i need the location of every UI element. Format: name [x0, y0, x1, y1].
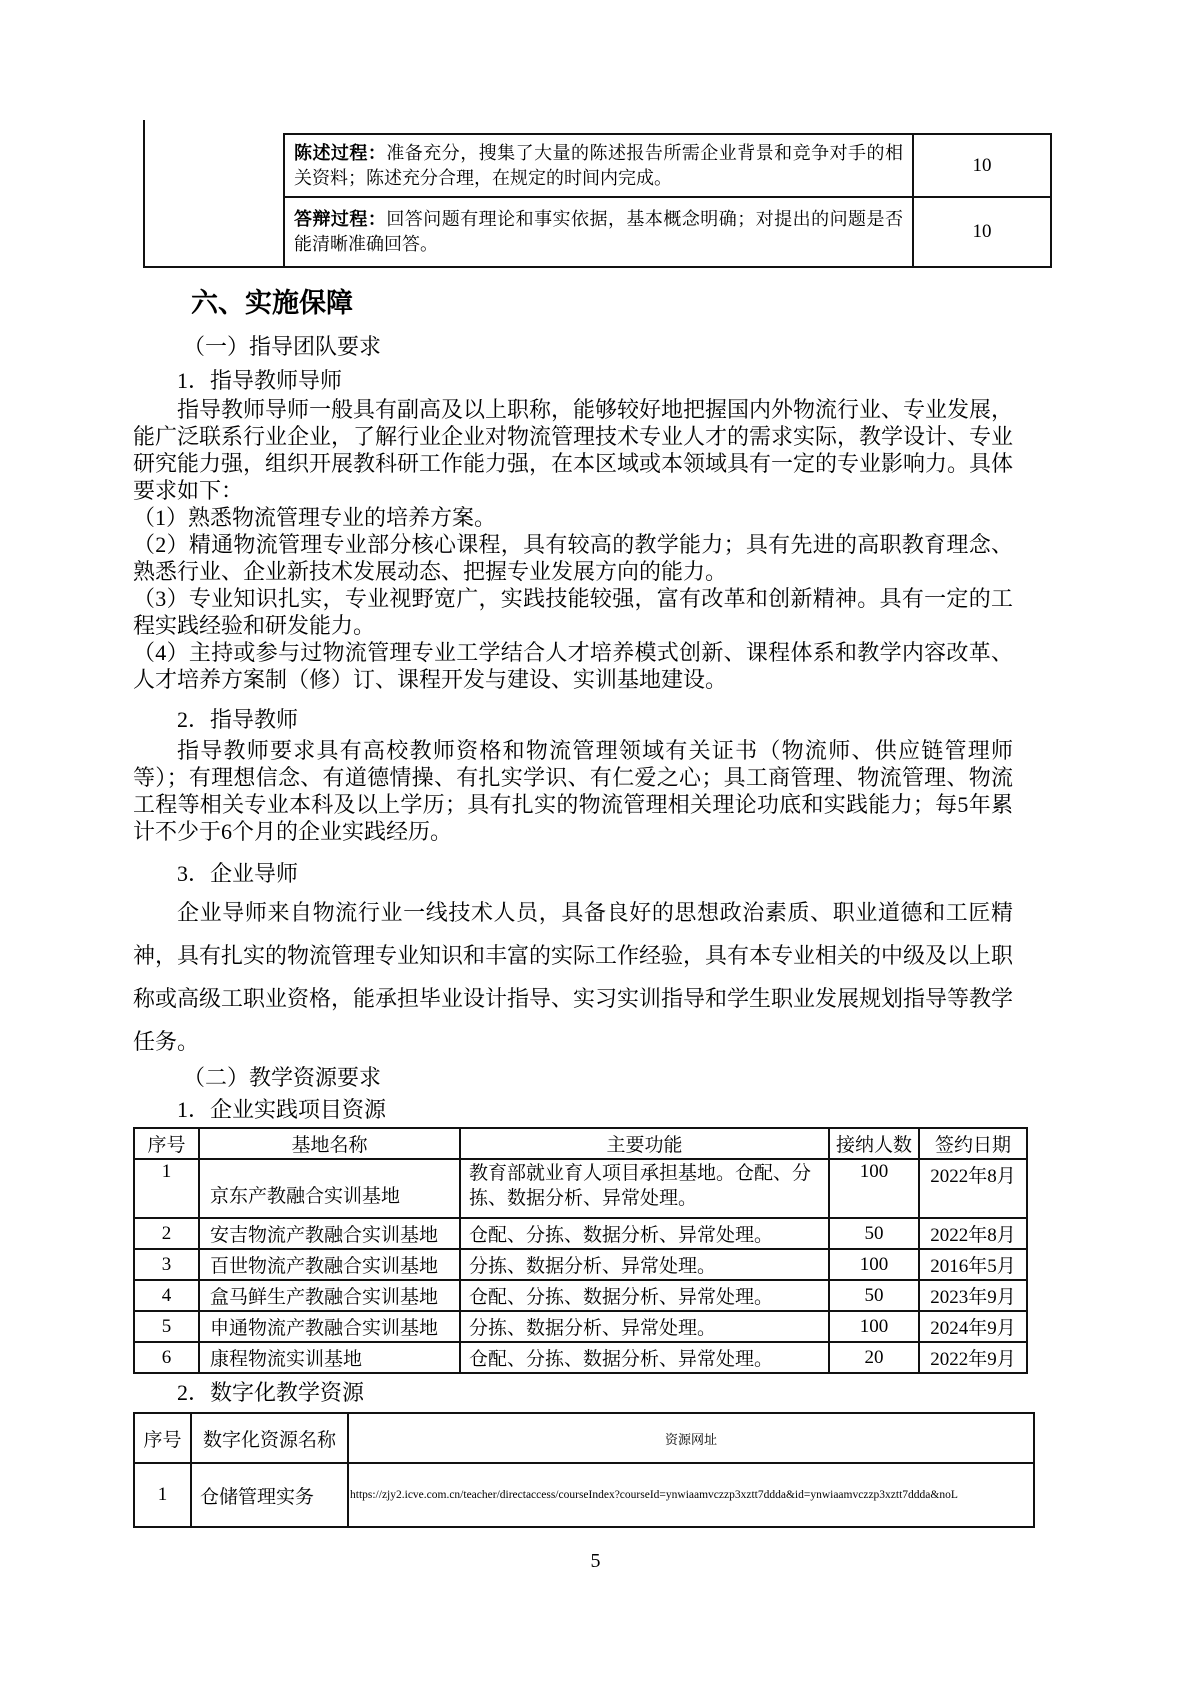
score-table: 陈述过程：准备充分，搜集了大量的陈述报告所需企业背景和竞争对手的相关资料；陈述充…: [143, 133, 1052, 268]
col-header-base-name: 基地名称: [199, 1128, 460, 1159]
numbered-heading-3: 3．企业导师: [177, 861, 1013, 887]
score-table-row: 陈述过程：准备充分，搜集了大量的陈述报告所需企业背景和竞争对手的相关资料；陈述充…: [144, 134, 1051, 197]
sign-date: 2023年9月: [919, 1280, 1027, 1311]
digital-table-header-row: 序号 数字化资源名称 资源网址: [134, 1413, 1034, 1463]
row-no: 4: [134, 1280, 199, 1311]
capacity: 100: [829, 1159, 919, 1218]
subsection-heading-1: （一）指导团队要求: [183, 334, 1013, 360]
table-row: 6 康程物流实训基地 仓配、分拣、数据分析、异常处理。 20 2022年9月: [134, 1342, 1027, 1373]
page-number: 5: [0, 1550, 1191, 1573]
sign-date: 2022年9月: [919, 1342, 1027, 1373]
col-header-resource-name: 数字化资源名称: [191, 1413, 348, 1463]
table-row: 1 仓储管理实务 https://zjy2.icve.com.cn/teache…: [134, 1463, 1034, 1527]
capacity: 100: [829, 1249, 919, 1280]
practice-resource-table: 序号 基地名称 主要功能 接纳人数 签约日期 1 京东产教融合实训基地 教育部就…: [133, 1127, 1028, 1374]
paragraph-teacher-requirements: 指导教师要求具有高校教师资格和物流管理领域有关证书（物流师、供应链管理师等）；有…: [133, 737, 1013, 845]
paragraph-enterprise-mentor: 企业导师来自物流行业一线技术人员，具备良好的思想政治素质、职业道德和工匠精神，具…: [133, 891, 1013, 1063]
base-function: 分拣、数据分析、异常处理。: [460, 1311, 829, 1342]
digital-resource-table: 序号 数字化资源名称 资源网址 1 仓储管理实务 https://zjy2.ic…: [133, 1412, 1035, 1528]
criterion-text: 准备充分，搜集了大量的陈述报告所需企业背景和竞争对手的相关资料；陈述充分合理，在…: [294, 143, 903, 188]
resource-name: 仓储管理实务: [191, 1463, 348, 1527]
col-header-no: 序号: [134, 1413, 191, 1463]
col-header-function: 主要功能: [460, 1128, 829, 1159]
base-name: 申通物流产教融合实训基地: [199, 1311, 460, 1342]
capacity: 20: [829, 1342, 919, 1373]
base-name: 百世物流产教融合实训基地: [199, 1249, 460, 1280]
base-function: 仓配、分拣、数据分析、异常处理。: [460, 1342, 829, 1373]
table-row: 1 京东产教融合实训基地 教育部就业育人项目承担基地。仓配、分拣、数据分析、异常…: [134, 1159, 1027, 1218]
row-no: 3: [134, 1249, 199, 1280]
row-no: 2: [134, 1218, 199, 1249]
capacity: 100: [829, 1311, 919, 1342]
base-function: 分拣、数据分析、异常处理。: [460, 1249, 829, 1280]
base-name: 安吉物流产教融合实训基地: [199, 1218, 460, 1249]
base-function: 教育部就业育人项目承担基地。仓配、分拣、数据分析、异常处理。: [460, 1159, 829, 1218]
numbered-heading-1: 1．指导教师导师: [177, 368, 1013, 394]
row-no: 5: [134, 1311, 199, 1342]
requirement-item-2: （2）精通物流管理专业部分核心课程，具有较高的教学能力；具有先进的高职教育理念、…: [133, 531, 1013, 585]
base-name: 康程物流实训基地: [199, 1342, 460, 1373]
sign-date: 2016年5月: [919, 1249, 1027, 1280]
score-value: 10: [913, 134, 1051, 197]
numbered-heading-2: 2．指导教师: [177, 707, 1013, 733]
criterion-cell: 答辩过程：回答问题有理论和事实依据，基本概念明确；对提出的问题是否能清晰准确回答…: [284, 197, 913, 267]
col-header-capacity: 接纳人数: [829, 1128, 919, 1159]
requirement-item-4: （4）主持或参与过物流管理专业工学结合人才培养模式创新、课程体系和教学内容改革、…: [133, 639, 1013, 693]
requirement-item-3: （3）专业知识扎实，专业视野宽广，实践技能较强，富有改革和创新精神。具有一定的工…: [133, 585, 1013, 639]
paragraph-mentor-requirements: 指导教师导师一般具有副高及以上职称，能够较好地把握国内外物流行业、专业发展，能广…: [133, 396, 1013, 504]
base-function: 仓配、分拣、数据分析、异常处理。: [460, 1218, 829, 1249]
base-function: 仓配、分拣、数据分析、异常处理。: [460, 1280, 829, 1311]
criterion-label: 答辩过程：: [294, 209, 386, 229]
requirement-item-1: （1）熟悉物流管理专业的培养方案。: [133, 504, 1013, 531]
capacity: 50: [829, 1280, 919, 1311]
score-value: 10: [913, 197, 1051, 267]
table-row: 3 百世物流产教融合实训基地 分拣、数据分析、异常处理。 100 2016年5月: [134, 1249, 1027, 1280]
col-header-sign-date: 签约日期: [919, 1128, 1027, 1159]
capacity: 50: [829, 1218, 919, 1249]
subsection-heading-2: （二）教学资源要求: [183, 1065, 1013, 1091]
resource-url-link[interactable]: https://zjy2.icve.com.cn/teacher/directa…: [348, 1463, 1034, 1527]
base-name: 盒马鲜生产教融合实训基地: [199, 1280, 460, 1311]
col-header-no: 序号: [134, 1128, 199, 1159]
sign-date: 2024年9月: [919, 1311, 1027, 1342]
table-row: 2 安吉物流产教融合实训基地 仓配、分拣、数据分析、异常处理。 50 2022年…: [134, 1218, 1027, 1249]
row-no: 6: [134, 1342, 199, 1373]
sign-date: 2022年8月: [919, 1159, 1027, 1218]
row-no: 1: [134, 1463, 191, 1527]
section-heading: 六、实施保障: [191, 288, 1013, 318]
score-table-left-cell: [144, 134, 284, 267]
document-page: 陈述过程：准备充分，搜集了大量的陈述报告所需企业背景和竞争对手的相关资料；陈述充…: [0, 0, 1191, 1684]
document-body: 六、实施保障 （一）指导团队要求 1．指导教师导师 指导教师导师一般具有副高及以…: [133, 288, 1013, 1528]
row-no: 1: [134, 1159, 199, 1218]
table-row: 5 申通物流产教融合实训基地 分拣、数据分析、异常处理。 100 2024年9月: [134, 1311, 1027, 1342]
criterion-cell: 陈述过程：准备充分，搜集了大量的陈述报告所需企业背景和竞争对手的相关资料；陈述充…: [284, 134, 913, 197]
criterion-text: 回答问题有理论和事实依据，基本概念明确；对提出的问题是否能清晰准确回答。: [294, 209, 903, 254]
numbered-heading-4: 1．企业实践项目资源: [177, 1097, 1013, 1123]
criterion-label: 陈述过程：: [294, 143, 386, 163]
table-row: 4 盒马鲜生产教融合实训基地 仓配、分拣、数据分析、异常处理。 50 2023年…: [134, 1280, 1027, 1311]
sign-date: 2022年8月: [919, 1218, 1027, 1249]
base-name: 京东产教融合实训基地: [199, 1159, 460, 1218]
numbered-heading-5: 2．数字化教学资源: [177, 1380, 1013, 1406]
col-header-resource-url: 资源网址: [348, 1413, 1034, 1463]
practice-table-header-row: 序号 基地名称 主要功能 接纳人数 签约日期: [134, 1128, 1027, 1159]
